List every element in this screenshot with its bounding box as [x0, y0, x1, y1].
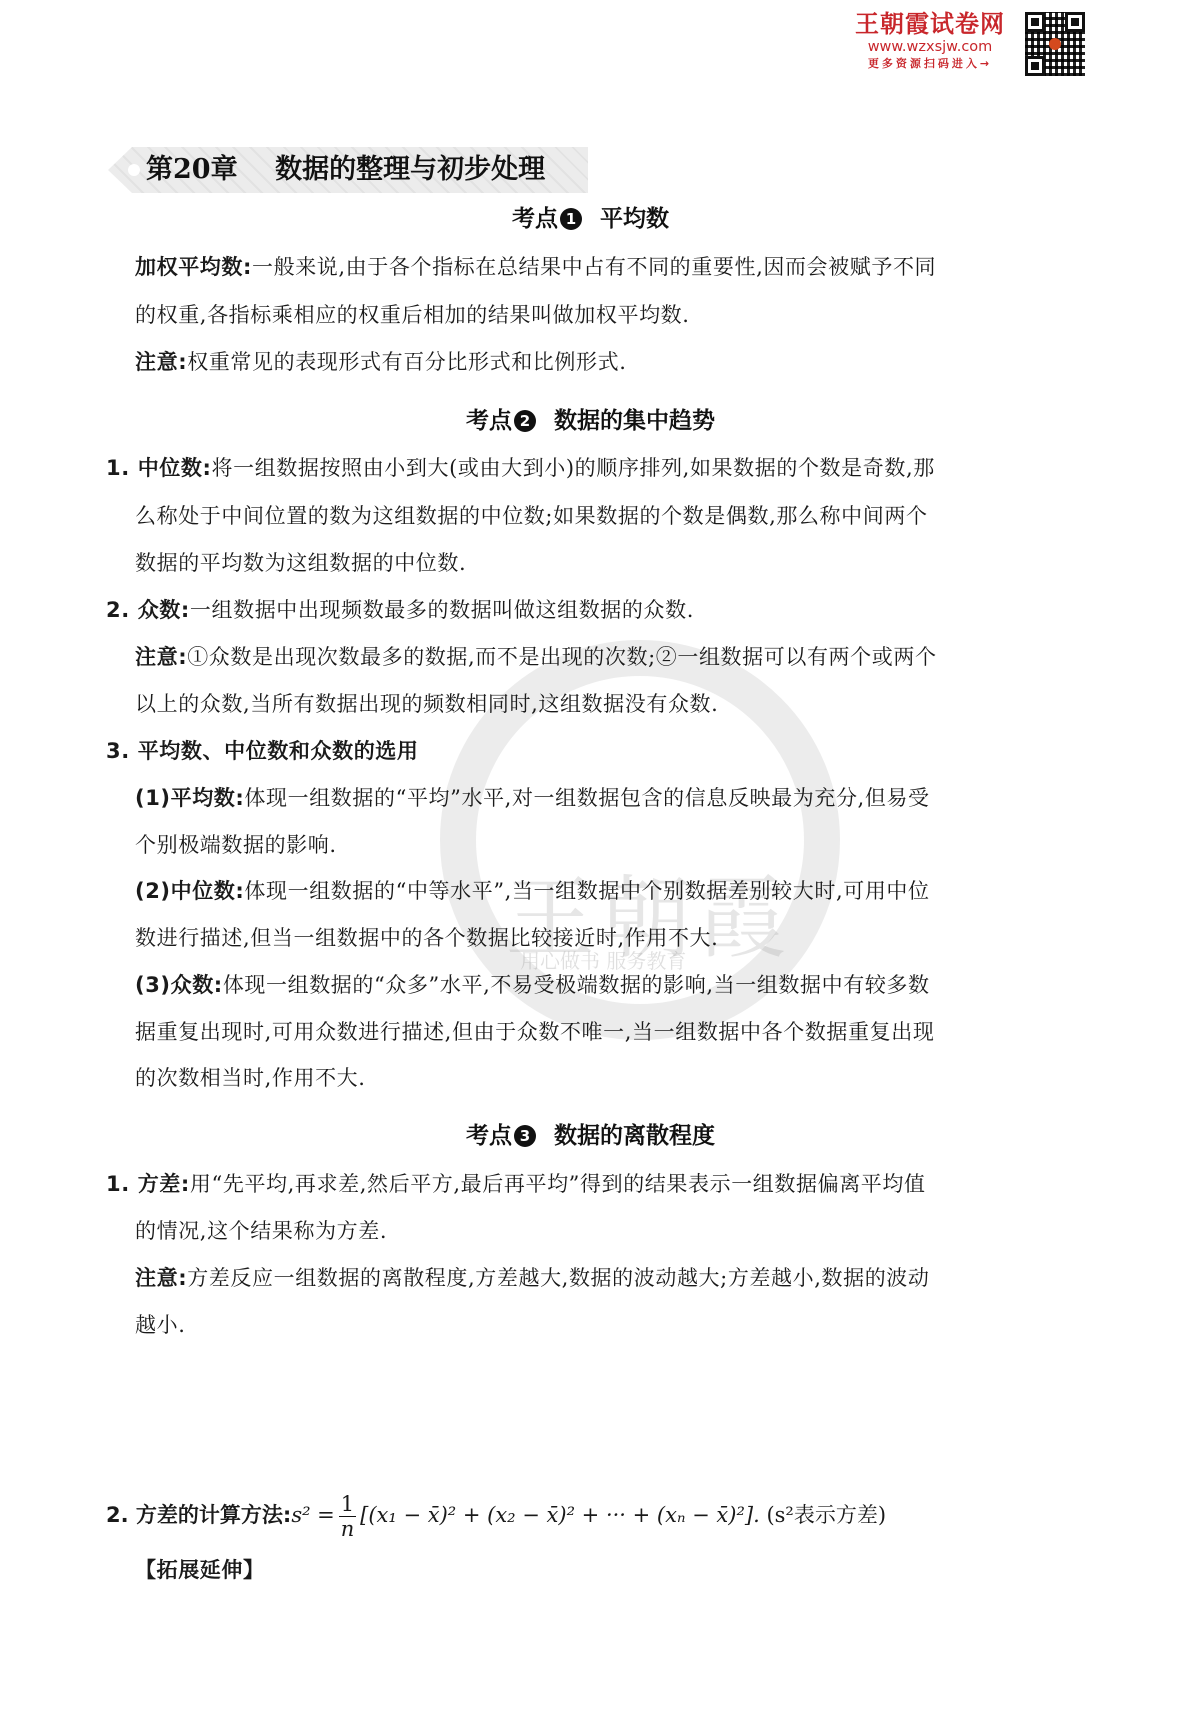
- fraction: 1n: [339, 1492, 356, 1541]
- paragraph-line: 加权平均数:一般来说,由于各个指标在总结果中占有不同的重要性,因而会被赋予不同: [135, 252, 936, 282]
- formula-label: 2. 方差的计算方法:: [106, 1503, 291, 1527]
- section-heading-1: 考点1平均数: [0, 204, 1181, 234]
- brand-name: 王朝霞试卷网: [850, 10, 1010, 38]
- paragraph-line: 据重复出现时,可用众数进行描述,但由于众数不唯一,当一组数据中各个数据重复出现: [135, 1017, 934, 1047]
- extension-heading: 【拓展延伸】: [135, 1555, 265, 1585]
- section-number-badge: 2: [514, 410, 536, 432]
- sub-item-mode: (3)众数:体现一组数据的“众多”水平,不易受极端数据的影响,当一组数据中有较多…: [135, 970, 930, 1000]
- paragraph-line: 么称处于中间位置的数为这组数据的中位数;如果数据的个数是偶数,那么称中间两个: [135, 501, 928, 531]
- paragraph-line: 的权重,各指标乘相应的权重后相加的结果叫做加权平均数.: [135, 300, 690, 330]
- formula-lhs: s² =: [291, 1503, 334, 1527]
- paragraph-line: 个别极端数据的影响.: [135, 830, 337, 860]
- list-item-variance: 1. 方差:用“先平均,再求差,然后平方,最后再平均”得到的结果表示一组数据偏离…: [106, 1169, 926, 1199]
- formula-note: (s²表示方差): [766, 1503, 886, 1527]
- paragraph-line: 的情况,这个结果称为方差.: [135, 1216, 387, 1246]
- list-item-selection: 3. 平均数、中位数和众数的选用: [106, 736, 419, 766]
- brand-block: 王朝霞试卷网 www.wzxsjw.com 更多资源扫码进入→: [850, 10, 1010, 72]
- paragraph-line: 数据的平均数为这组数据的中位数.: [135, 548, 466, 578]
- section-heading-2: 考点2数据的集中趋势: [0, 406, 1181, 436]
- note-line: 注意:权重常见的表现形式有百分比形式和比例形式.: [135, 347, 626, 377]
- paragraph-line: 数进行描述,但当一组数据中的各个数据比较接近时,作用不大.: [135, 923, 718, 953]
- variance-formula: 2. 方差的计算方法:s² =1n[(x₁ − x̄)² + (x₂ − x̄)…: [106, 1492, 886, 1541]
- list-item-mode: 2. 众数:一组数据中出现频数最多的数据叫做这组数据的众数.: [106, 595, 694, 625]
- brand-url[interactable]: www.wzxsjw.com: [850, 38, 1010, 56]
- qr-code-icon[interactable]: [1025, 12, 1085, 76]
- section-name: 数据的离散程度: [554, 1123, 715, 1149]
- section-heading-3: 考点3数据的离散程度: [0, 1121, 1181, 1151]
- sub-item-mean: (1)平均数:体现一组数据的“平均”水平,对一组数据包含的信息反映最为充分,但易…: [135, 783, 930, 813]
- section-number-badge: 3: [514, 1125, 536, 1147]
- section-number-badge: 1: [560, 208, 582, 230]
- note-line: 注意:方差反应一组数据的离散程度,方差越大,数据的波动越大;方差越小,数据的波动: [135, 1263, 930, 1293]
- section-label: 考点: [466, 408, 512, 434]
- paragraph-line: 以上的众数,当所有数据出现的频数相同时,这组数据没有众数.: [135, 689, 718, 719]
- sub-item-median: (2)中位数:体现一组数据的“中等水平”,当一组数据中个别数据差别较大时,可用中…: [135, 876, 930, 906]
- paragraph-line: 越小.: [135, 1310, 185, 1340]
- paragraph-line: 的次数相当时,作用不大.: [135, 1063, 366, 1093]
- chapter-title: 第20章 数据的整理与初步处理: [146, 150, 545, 190]
- section-label: 考点: [466, 1123, 512, 1149]
- section-name: 平均数: [600, 206, 669, 232]
- formula-body: [(x₁ − x̄)² + (x₂ − x̄)² + ··· + (xₙ − x…: [360, 1503, 760, 1527]
- list-item-median: 1. 中位数:将一组数据按照由小到大(或由大到小)的顺序排列,如果数据的个数是奇…: [106, 453, 935, 483]
- brand-cta: 更多资源扫码进入→: [850, 56, 1010, 72]
- section-name: 数据的集中趋势: [554, 408, 715, 434]
- note-line: 注意:①众数是出现次数最多的数据,而不是出现的次数;②一组数据可以有两个或两个: [135, 642, 937, 672]
- section-label: 考点: [512, 206, 558, 232]
